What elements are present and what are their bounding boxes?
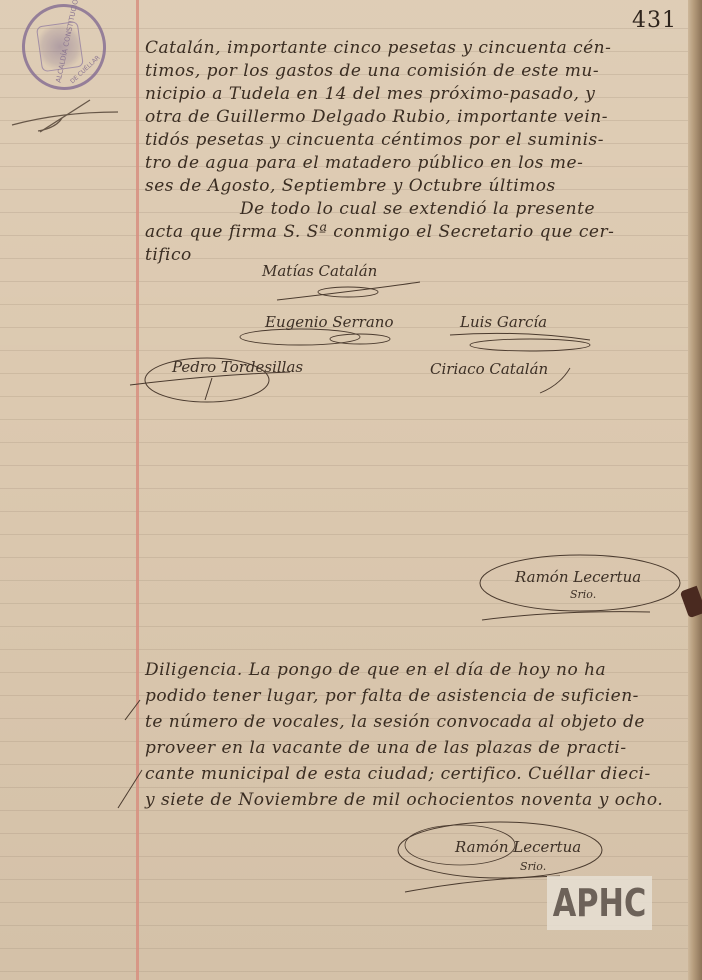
body-line: tidós pesetas y cincuenta céntimos por e… [145, 130, 604, 150]
body-line: otra de Guillermo Delgado Rubio, importa… [145, 107, 608, 127]
signature: Luis García [460, 313, 547, 331]
body-line: acta que firma S. Sª conmigo el Secretar… [145, 222, 614, 242]
diligencia-line: y siete de Noviembre de mil ochocientos … [145, 790, 663, 810]
body-line: Catalán, importante cinco pesetas y cinc… [145, 38, 611, 58]
signature: Ciriaco Catalán [430, 360, 548, 378]
secretary-signature: Ramón Lecertua [515, 568, 641, 586]
diligencia-line: te número de vocales, la sesión convocad… [145, 712, 645, 732]
diligencia-line: Diligencia. La pongo de que en el día de… [145, 660, 606, 680]
body-line: tro de agua para el matadero público en … [145, 153, 583, 173]
signature: Eugenio Serrano [265, 313, 393, 331]
diligencia-line: podido tener lugar, por falta de asisten… [145, 686, 639, 706]
margin-cross-mark-icon [12, 100, 118, 132]
secretary-role: Srio. [570, 588, 596, 601]
aphc-watermark: APHC [547, 876, 652, 930]
final-signature-role: Srio. [520, 860, 546, 873]
body-line: De todo lo cual se extendió la presente [240, 199, 595, 219]
diligencia-line: proveer en la vacante de una de las plaz… [145, 738, 627, 758]
body-line: ses de Agosto, Septiembre y Octubre últi… [145, 176, 556, 196]
diligencia-line: cante municipal de esta ciudad; certific… [145, 764, 651, 784]
signature: Pedro Tordesillas [172, 358, 303, 376]
body-line: timos, por los gastos de una comisión de… [145, 61, 599, 81]
body-line: nicipio a Tudela en 14 del mes próximo-p… [145, 84, 595, 104]
body-line: tifico [145, 245, 192, 265]
final-signature: Ramón Lecertua [455, 838, 581, 856]
signature: Matías Catalán [262, 262, 377, 280]
watermark-text: APHC [553, 881, 647, 925]
